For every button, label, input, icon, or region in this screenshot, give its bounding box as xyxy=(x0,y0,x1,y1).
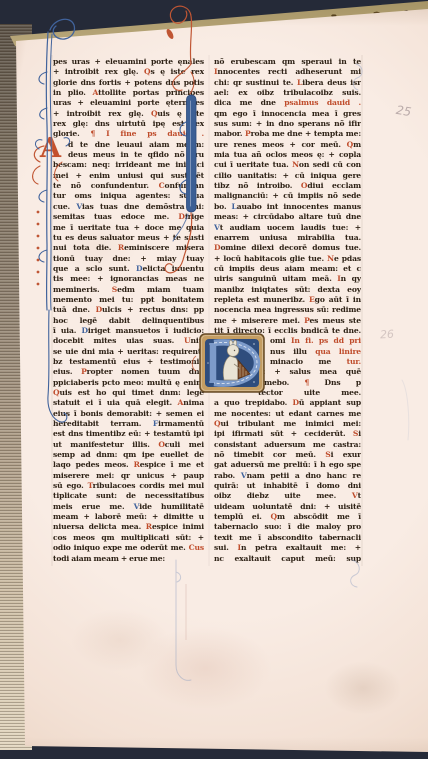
text-line: tibz nõ introibo. Odiui ecclam xyxy=(214,181,361,191)
text-line: tur oms iniqua agentes: supua xyxy=(53,191,204,201)
text-line: nocencia mea ingressus sū: redime xyxy=(214,305,361,315)
text-line: sū ego. Tribulacoes cordis mei mul xyxy=(53,481,204,491)
text-line: meam + laborē meū: + dimitte u xyxy=(53,512,204,522)
text-line: nus illu qua linire xyxy=(214,347,361,357)
text-line: hoc legē dabit delinquentibus xyxy=(53,316,204,326)
text-line: ut manifestetur illis. Oculi mei xyxy=(53,440,204,450)
text-line: est dns timentibz eū: + testamtū ipi xyxy=(53,429,204,439)
text-line: minacio me tur. xyxy=(214,357,361,367)
text-line: d te dne leuaui aiam meam: xyxy=(53,140,204,150)
text-line: uiris sanguinū uitam meā. In qy xyxy=(214,274,361,284)
folio-number-pencil-faint: 26 xyxy=(380,328,395,342)
text-line: mei + enim uniusi qui sustinēt xyxy=(53,171,204,181)
text-line: me nocentes: ut edant carnes me xyxy=(214,409,361,419)
text-line: tionū tuay dne: + miay tuay xyxy=(53,254,204,264)
text-line: meas: + circūdabo altare tuū dne xyxy=(214,212,361,222)
text-column-left: pes uras + eleuamini porte ęnales+ intro… xyxy=(53,57,204,564)
text-line: se uie dni mia + ueritas: requirenti xyxy=(53,347,204,357)
text-line: ure renes meos + cor meū. Qm xyxy=(214,140,361,150)
text-line: a: + salus mea quē xyxy=(214,367,361,377)
text-line: memento mei tu: ppt bonitatem xyxy=(53,295,204,305)
manuscript-photo: pes uras + eleuamini porte ęnales+ intro… xyxy=(0,0,428,759)
text-line: mia tua añ oclos meos ę: + copla xyxy=(214,150,361,160)
text-line: tector uite mee. xyxy=(214,388,361,398)
text-line: nui tota die. Reminiscere misera xyxy=(53,243,204,253)
text-line: rabo. Vnam petii a dno hanc re xyxy=(214,471,361,481)
text-line: deus meus in te qfido nõ eru xyxy=(53,150,204,160)
text-line: Innocentes recti adheserunt mi xyxy=(214,67,361,77)
text-line: statuit ei ī uia quā elegit. Anima xyxy=(53,398,204,408)
text-line: que a sclo sunt. Delicta iuuentu xyxy=(53,264,204,274)
text-line: semp ad dnm: qm ipe euellet de xyxy=(53,450,204,460)
text-line: tu es deus saluator meus + te susti xyxy=(53,233,204,243)
text-line: ī uia. Diriget mansuetos ī iudicio: xyxy=(53,326,204,336)
folio-number-pencil: 25 xyxy=(395,103,412,119)
text-line: docebit mites uias suas. Uniu xyxy=(53,336,204,346)
text-line: nõ erubescam qm speraui in te xyxy=(214,57,361,67)
text-line: memineris. Sedm miam tuam xyxy=(53,285,204,295)
text-line: malignanciū: + cū impiis nõ sede xyxy=(214,191,361,201)
illuminated-initial-a: A xyxy=(40,134,66,164)
text-line: cū impiis deus aiam meam: et c xyxy=(214,264,361,274)
text-line: texit me ī abscondito tabernacli xyxy=(214,533,361,543)
text-line: Quis est ho qui timet dnm: legē xyxy=(53,388,204,398)
text-line: hereditabit terram. Firmamentū xyxy=(53,419,204,429)
text-line: tiplicate sunt: de necessitatibus xyxy=(53,491,204,501)
text-line: rex glę: dns uirtutū ipę est rex xyxy=(53,119,204,129)
text-line: laqo pedes meos. Respice ī me et xyxy=(53,460,204,470)
text-line: cos meos qm multiplicati sūt: + xyxy=(53,533,204,543)
text-line: tit ī directo: ī ecclis bndicā te dne. xyxy=(214,326,361,336)
text-line: cui ī ueritate tua. Non sedi cū con xyxy=(214,160,361,170)
text-line: gat aduersū me preliū: ī h ego spe xyxy=(214,460,361,470)
text-line: Qui tribulant me inimici mei: xyxy=(214,419,361,429)
text-line: cilio uanitatis: + cū iniqua gere xyxy=(214,171,361,181)
text-line: quirā: ut inhabitē ī domo dni xyxy=(214,481,361,491)
text-line: sus sum: + in dno sperans nõ ifir xyxy=(214,119,361,129)
text-line: meis erue me. Vide humilitatē xyxy=(53,502,204,512)
text-line: todi aiam meam + erue me: xyxy=(53,554,204,564)
text-line: in plio. Attollite portas principes xyxy=(53,88,204,98)
text-line: tis mee: + ignorancias meas ne xyxy=(53,274,204,284)
text-line: niuersa delicta mea. Respice inimi xyxy=(53,522,204,532)
text-line: Vt audiam uocem laudis tue: + xyxy=(214,223,361,233)
text-line: glorie dns fortis + potens dns potis xyxy=(53,78,204,88)
text-line: cue. Vias tuas dne demõstra mi: xyxy=(53,202,204,212)
text-line: consistant aduersum me castra: xyxy=(214,440,361,450)
text-line: me + miserere mei. Pes meus ste xyxy=(214,316,361,326)
text-line: uras + eleuamini porte ęternales xyxy=(53,98,204,108)
text-line: eius ī bonis demorabit: + semen ei xyxy=(53,409,204,419)
text-line: ipi ifirmati sūt + ceciderūt. Si xyxy=(214,429,361,439)
text-line: repleta est muneribz. Ego aūt ī in xyxy=(214,295,361,305)
text-line: a quo trepidabo. Dū appiant sup xyxy=(214,398,361,408)
text-line: bescam: neq: irrideant me inimici xyxy=(53,160,204,170)
text-line: ppiciaberis pcto meo: multū ę enim xyxy=(53,378,204,388)
text-line: odio iniquo expe me oderūt me. Cus xyxy=(53,543,204,553)
text-line: omi In fi. ps dd pri xyxy=(214,336,361,346)
text-line: manibz iniqtates sūt: dexta eoy xyxy=(214,285,361,295)
text-line: + locū habitacois glie tue. Ne pdas xyxy=(214,254,361,264)
text-line: te nõ confundentur. Confundan xyxy=(53,181,204,191)
text-line: chi: qr sustinui te. Libera deus isr xyxy=(214,78,361,88)
text-line: templū ei. Qm abscōdit me ī xyxy=(214,512,361,522)
text-line: bo. Lauabo int innocentes manus xyxy=(214,202,361,212)
text-line: nc exaltauit caput meū: sup xyxy=(214,554,361,564)
text-line: + introibit rex glę. Qs ę iste rex xyxy=(53,67,204,77)
text-line: nõ timebit cor meū. Si exur xyxy=(214,450,361,460)
text-line: enarrem uniusa mirabilia tua. xyxy=(214,233,361,243)
text-line: miserere mei: qr unicus + paup xyxy=(53,471,204,481)
text-line: ael: ex oibz tribulacoibz suis. xyxy=(214,88,361,98)
text-line: timebo. ¶ Dns p xyxy=(214,378,361,388)
text-line: tabernaclo suo: ī die maloy pro xyxy=(214,522,361,532)
text-line: tuā dne. Dulcis + rectus dns: pp xyxy=(53,305,204,315)
text-column-right: nõ erubescam qm speraui in teInnocentes … xyxy=(214,57,361,564)
text-line: bz testamentū eius + testimonia xyxy=(53,357,204,367)
text-line: uideam uoluntatē dni: + uisitē xyxy=(214,502,361,512)
text-line: glorie. ¶ I fine ps dauid . xyxy=(53,129,204,139)
text-line: Domine dilexi decorē domus tue. xyxy=(214,243,361,253)
text-line: qm ego ī innocencia mea ī gres xyxy=(214,109,361,119)
text-line: mabor. Proba me dne + tempta me: xyxy=(214,129,361,139)
text-line: me ī ueritate tua + doce me quia xyxy=(53,223,204,233)
text-line: sui. In petra exaltauit me: + xyxy=(214,543,361,553)
text-line: + introibit rex glę. Quis ę iste xyxy=(53,109,204,119)
text-line: oibz diebz uite mee. Vt xyxy=(214,491,361,501)
text-line: semitas tuas edoce me. Dirige xyxy=(53,212,204,222)
text-line: dica me dne psalmus dauid . xyxy=(214,98,361,108)
text-line: eius. Propter nomen tuum dne xyxy=(53,367,204,377)
text-line: pes uras + eleuamini porte ęnales xyxy=(53,57,204,67)
